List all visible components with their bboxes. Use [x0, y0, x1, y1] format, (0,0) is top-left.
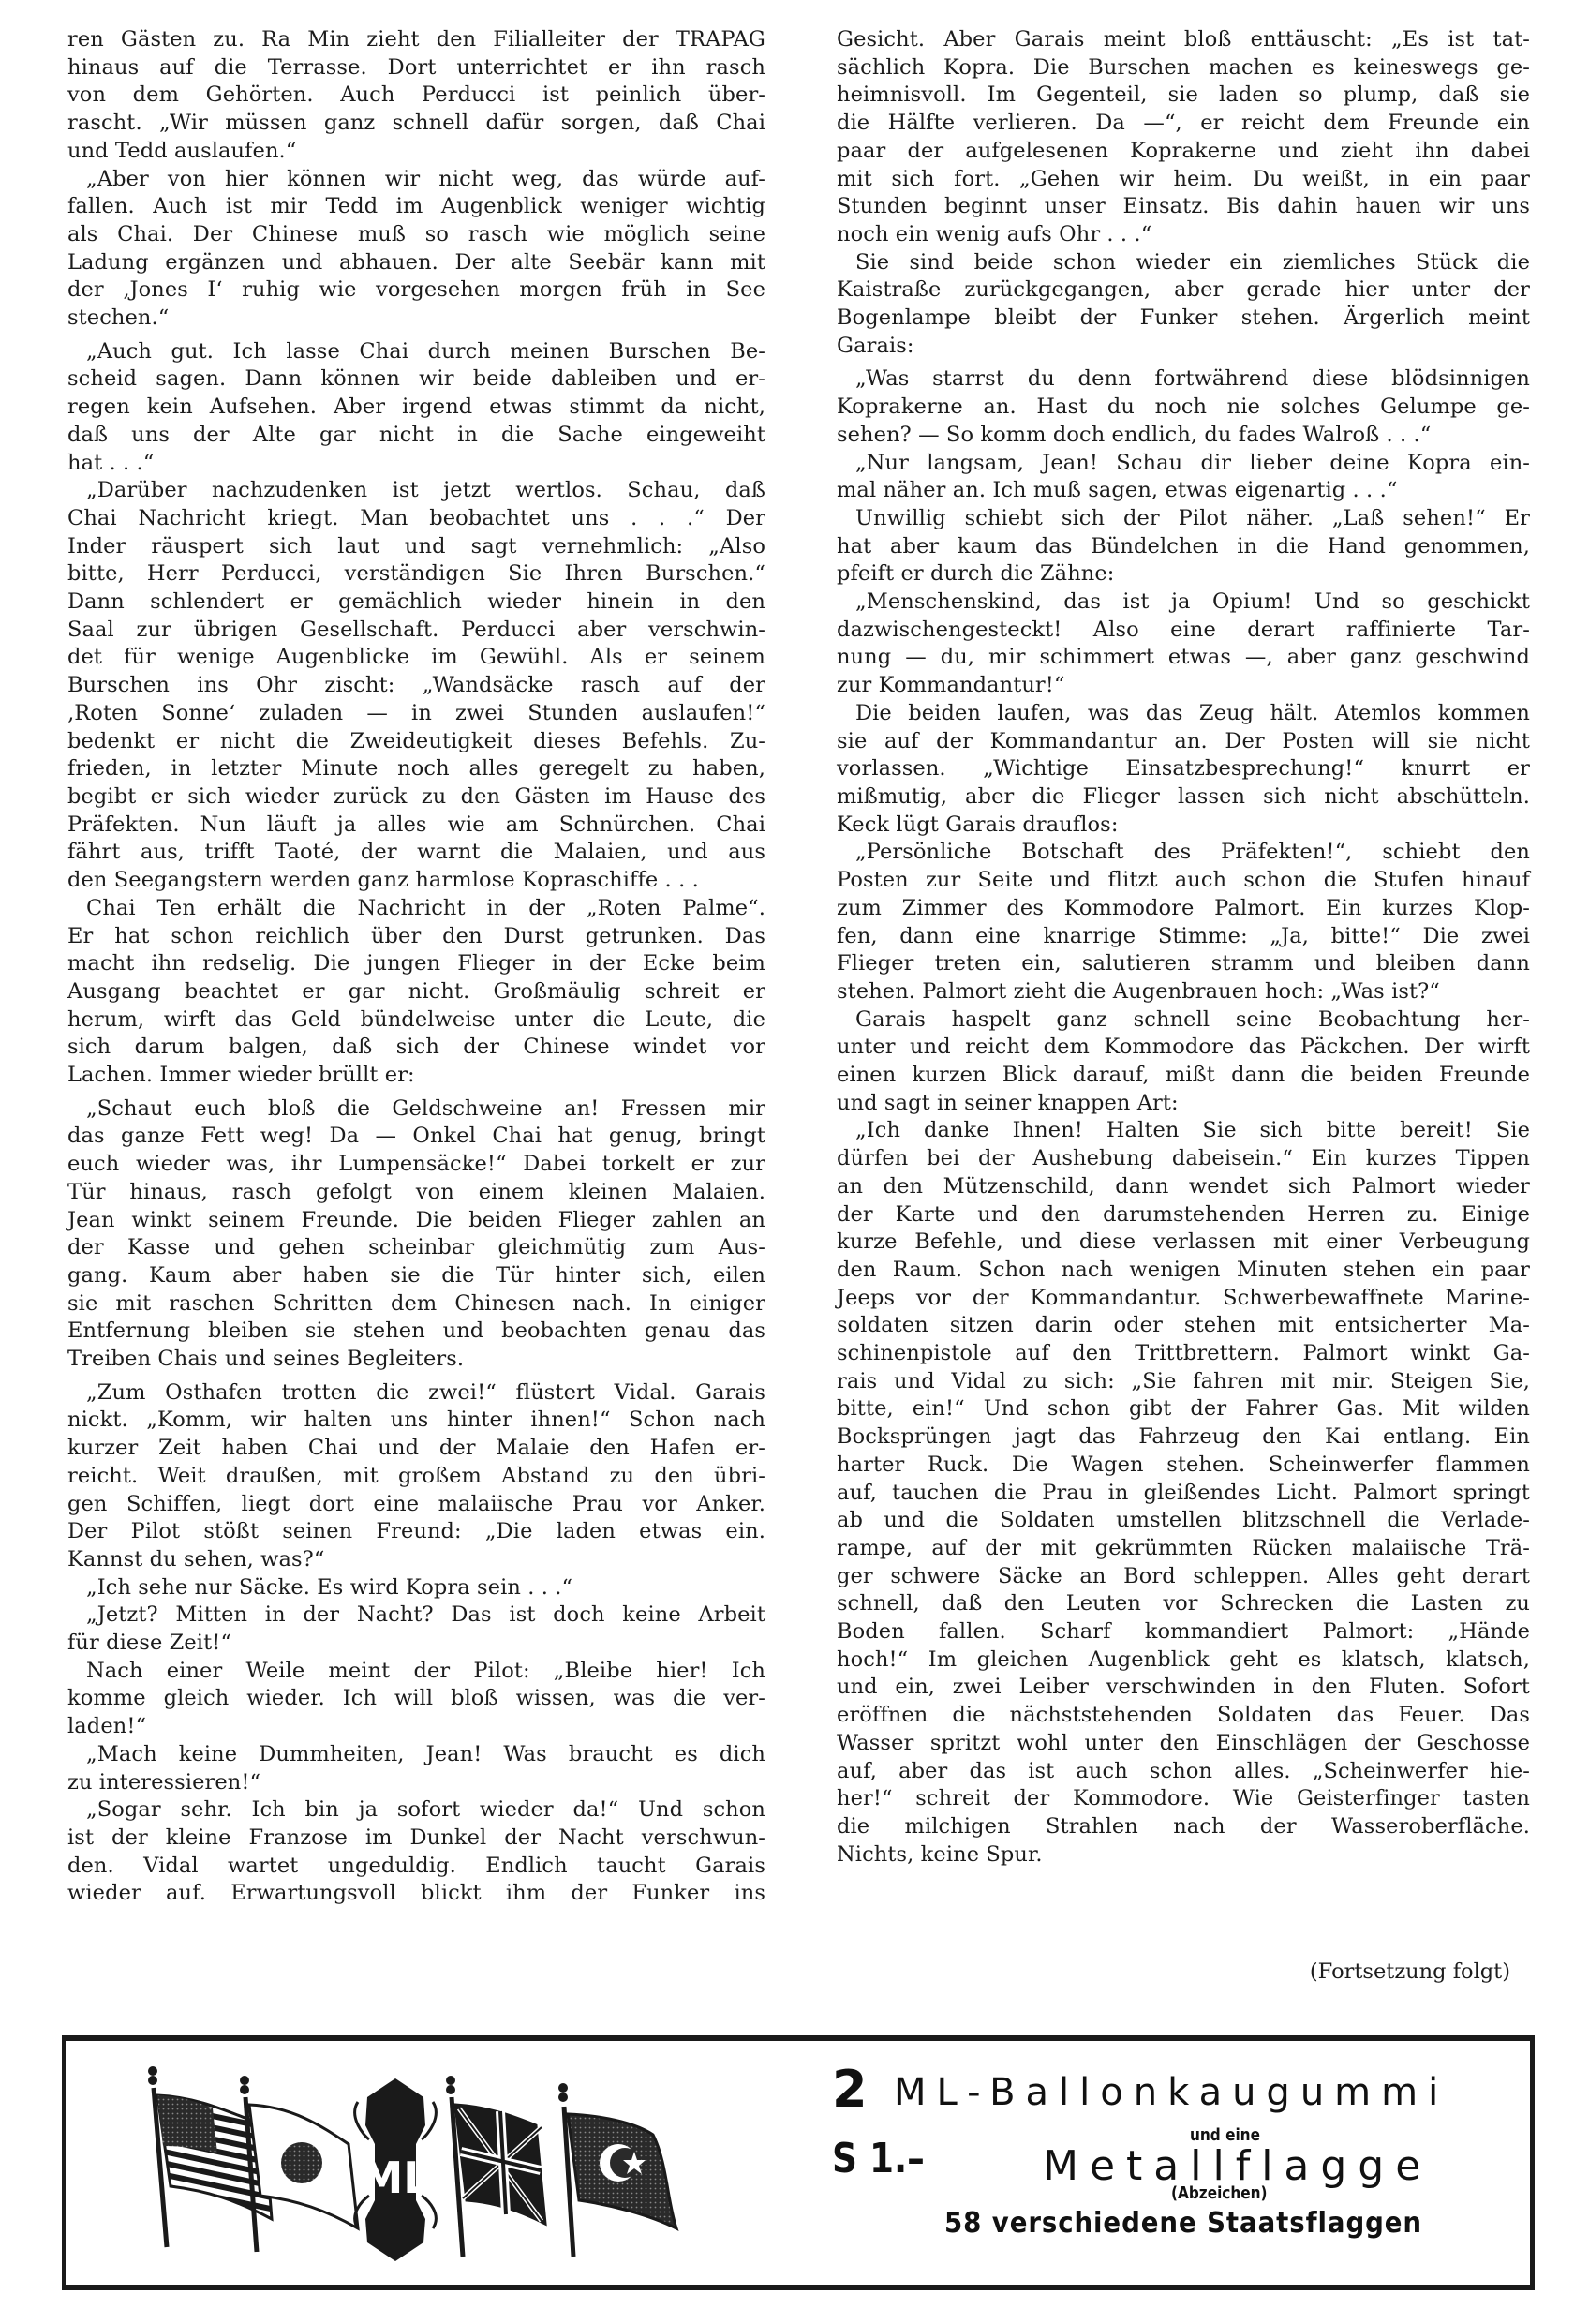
text-line: Lachen. Immer wieder brüllt er: — [67, 1062, 765, 1090]
text-line: mal näher an. Ich muß sagen, etwas eigen… — [837, 477, 1530, 505]
paragraph: „Menschenskind, das ist ja Opium! Und so… — [837, 588, 1530, 700]
text-line: den Raum. Schon nach wenigen Minuten ste… — [837, 1257, 1530, 1285]
text-line: mißmutig, aber die Flieger lassen sich n… — [837, 783, 1530, 812]
text-line: „Menschenskind, das ist ja Opium! Und so… — [837, 588, 1530, 617]
text-line: stehen. Palmort zieht die Augenbrauen ho… — [837, 978, 1530, 1006]
text-line: Bogenlampe bleibt der Funker stehen. Ärg… — [837, 305, 1530, 333]
text-line: Ausgang beachtet er gar nicht. Großmäuli… — [67, 978, 765, 1006]
text-line: sie auf der Kommandantur an. Der Posten … — [837, 728, 1530, 756]
text-line: begibt er sich wieder zurück zu den Gäst… — [67, 783, 765, 812]
text-line: zu interessieren!“ — [67, 1769, 765, 1797]
text-line: Sie sind beide schon wieder ein ziemlich… — [837, 249, 1530, 277]
ad-product-note: (Abzeichen) — [1171, 2183, 1268, 2204]
text-line: fallen. Auch ist mir Tedd im Augenblick … — [67, 193, 765, 221]
paragraph: „Zum Osthafen trotten die zwei!“ flüster… — [67, 1379, 765, 1574]
text-line: bitte, ein!“ Und schon gibt der Fahrer G… — [837, 1395, 1530, 1423]
text-line: Koprakerne an. Hast du noch nie solches … — [837, 394, 1530, 422]
text-line: Ladung ergänzen und abhauen. Der alte Se… — [67, 249, 765, 277]
text-line: eröffnen die nächststehenden Soldaten da… — [837, 1702, 1530, 1730]
text-line: hinaus auf die Terrasse. Dort unterricht… — [67, 54, 765, 82]
text-line: auf, tauchen die Prau in gleißendes Lich… — [837, 1480, 1530, 1508]
paragraph: „Persönliche Botschaft des Präfekten!“, … — [837, 839, 1530, 1006]
paragraph: „Ich danke Ihnen! Halten Sie sich bitte … — [837, 1117, 1530, 1869]
text-line: paar der aufgelesenen Koprakerne und zie… — [837, 138, 1530, 166]
paragraph: Gesicht. Aber Garais meint bloß enttäusc… — [837, 26, 1530, 249]
text-line: an den Mützenschild, dann wendet sich Pa… — [837, 1173, 1530, 1201]
text-line: Burschen ins Ohr zischt: „Wandsäcke rasc… — [67, 672, 765, 700]
text-line: Garais: — [837, 333, 1530, 361]
advertisement-box: ML 2 ML-Ballonkaugumm — [62, 2035, 1535, 2290]
text-line: Präfekten. Nun läuft ja alles wie am Sch… — [67, 812, 765, 840]
text-line: ren Gästen zu. Ra Min zieht den Filialle… — [67, 26, 765, 54]
text-line: Flieger treten ein, salutieren stramm un… — [837, 950, 1530, 978]
text-line: „Jetzt? Mitten in der Nacht? Das ist doc… — [67, 1601, 765, 1630]
text-line: her!“ schreit der Kommodore. Wie Geister… — [837, 1785, 1530, 1813]
ad-quantity: 2 — [832, 2062, 868, 2118]
text-line: pfeift er durch die Zähne: — [837, 560, 1530, 588]
article-column-right: Gesicht. Aber Garais meint bloß enttäusc… — [837, 26, 1530, 1869]
text-line: Chai Nachricht kriegt. Man beobachtet un… — [67, 505, 765, 533]
text-line: Gesicht. Aber Garais meint bloß enttäusc… — [837, 26, 1530, 54]
text-line: „Auch gut. Ich lasse Chai durch meinen B… — [67, 338, 765, 366]
text-line: und ein, zwei Leiber verschwinden in den… — [837, 1674, 1530, 1702]
text-line: Wasser spritzt wohl unter den Einschläge… — [837, 1730, 1530, 1758]
text-line: ab und die Soldaten umstellen blitzschne… — [837, 1507, 1530, 1535]
text-line: mit sich fort. „Gehen wir heim. Du weißt… — [837, 166, 1530, 194]
text-line: kurze Befehle, und diese verlassen mit e… — [837, 1229, 1530, 1257]
text-line: macht ihn redselig. Die jungen Flieger i… — [67, 950, 765, 978]
text-line: Unwillig schiebt sich der Pilot näher. „… — [837, 505, 1530, 533]
text-line: den. Vidal wartet ungeduldig. Endlich ta… — [67, 1853, 765, 1881]
text-line: „Zum Osthafen trotten die zwei!“ flüster… — [67, 1379, 765, 1408]
text-line: dürfen bei der Aushebung dabeisein.“ Ein… — [837, 1145, 1530, 1173]
paragraph: Chai Ten erhält die Nachricht in der „Ro… — [67, 895, 765, 1090]
paragraph: „Auch gut. Ich lasse Chai durch meinen B… — [67, 338, 765, 478]
text-line: schnell, daß den Leuten vor Schrecken di… — [837, 1590, 1530, 1618]
text-line: wieder auf. Erwartungsvoll blickt ihm de… — [67, 1880, 765, 1908]
text-line: Tür hinaus, rasch gefolgt von einem klei… — [67, 1179, 765, 1207]
text-line: als Chai. Der Chinese muß so rasch wie m… — [67, 221, 765, 249]
text-line: herum, wirft das Geld bündelweise unter … — [67, 1006, 765, 1035]
text-line: Chai Ten erhält die Nachricht in der „Ro… — [67, 895, 765, 923]
text-line: Entfernung bleiben sie stehen und beobac… — [67, 1318, 765, 1346]
text-line: komme gleich wieder. Ich will bloß wisse… — [67, 1685, 765, 1713]
text-line: Inder räuspert sich laut und sagt verneh… — [67, 533, 765, 561]
text-line: unter und reicht dem Kommodore das Päckc… — [837, 1034, 1530, 1062]
paragraph: „Jetzt? Mitten in der Nacht? Das ist doc… — [67, 1601, 765, 1657]
text-line: „Sogar sehr. Ich bin ja sofort wieder da… — [67, 1796, 765, 1825]
text-line: gen Schiffen, liegt dort eine malaiische… — [67, 1491, 765, 1519]
text-line: Jeeps vor der Kommandantur. Schwerbewaff… — [837, 1285, 1530, 1313]
text-line: das ganze Fett weg! Da — Onkel Chai hat … — [67, 1123, 765, 1151]
text-line: fen, dann eine knarrige Stimme: „Ja, bit… — [837, 923, 1530, 951]
paragraph: „Sogar sehr. Ich bin ja sofort wieder da… — [67, 1796, 765, 1908]
paragraph: „Ich sehe nur Säcke. Es wird Kopra sein … — [67, 1574, 765, 1602]
text-line: der Karte und den darumstehenden Herren … — [837, 1201, 1530, 1229]
text-line: Kaistraße zurückgegangen, aber gerade hi… — [837, 276, 1530, 305]
text-line: euch wieder was, ihr Lumpensäcke!“ Dabei… — [67, 1151, 765, 1179]
article-column-left: ren Gästen zu. Ra Min zieht den Filialle… — [67, 26, 765, 1908]
ad-product-gum: ML-Ballonkaugummi — [894, 2069, 1448, 2116]
text-line: stechen.“ — [67, 305, 765, 333]
text-line: Er hat schon reichlich über den Durst ge… — [67, 923, 765, 951]
text-line: laden!“ — [67, 1713, 765, 1741]
paragraph: Die beiden laufen, was das Zeug hält. At… — [837, 700, 1530, 840]
text-line: zur Kommandantur!“ — [837, 672, 1530, 700]
text-line: nung — du, mir schimmert etwas —, aber g… — [837, 644, 1530, 672]
text-line: Die beiden laufen, was das Zeug hält. At… — [837, 700, 1530, 728]
text-line: „Mach keine Dummheiten, Jean! Was brauch… — [67, 1741, 765, 1769]
svg-text:ML: ML — [360, 2153, 430, 2203]
text-line: die Hälfte verlieren. Da —“, er reicht d… — [837, 110, 1530, 138]
text-line: Boden fallen. Scharf kommandiert Palmort… — [837, 1618, 1530, 1646]
text-line: Kannst du sehen, was?“ — [67, 1546, 765, 1574]
text-line: „Darüber nachzudenken ist jetzt wertlos.… — [67, 477, 765, 505]
text-line: kurzer Zeit haben Chai und der Malaie de… — [67, 1435, 765, 1463]
text-line: Saal zur übrigen Gesellschaft. Perducci … — [67, 617, 765, 645]
text-line: dazwischengesteckt! Also eine derart raf… — [837, 617, 1530, 645]
text-line: den Seegangstern werden ganz harmlose Ko… — [67, 867, 765, 895]
paragraph: „Mach keine Dummheiten, Jean! Was brauch… — [67, 1741, 765, 1796]
text-line: soldaten sitzen darin oder stehen mit en… — [837, 1312, 1530, 1340]
text-line: ist der kleine Franzose im Dunkel der Na… — [67, 1825, 765, 1853]
text-line: noch ein wenig aufs Ohr . . .“ — [837, 221, 1530, 249]
paragraph: Garais haspelt ganz schnell seine Beobac… — [837, 1006, 1530, 1118]
text-line: bedenkt er nicht die Zweideutigkeit dies… — [67, 728, 765, 756]
text-line: scheid sagen. Dann können wir beide dabl… — [67, 365, 765, 394]
text-line: Nichts, keine Spur. — [837, 1841, 1530, 1870]
text-line: Dann schlendert er gemächlich wieder hin… — [67, 588, 765, 617]
text-line: Garais haspelt ganz schnell seine Beobac… — [837, 1006, 1530, 1035]
text-line: „Schaut euch bloß die Geldschweine an! F… — [67, 1095, 765, 1124]
text-line: Keck lügt Garais drauflos: — [837, 812, 1530, 840]
text-line: sich darum balgen, daß sich der Chinese … — [67, 1034, 765, 1062]
text-line: zum Zimmer des Kommodore Palmort. Ein ku… — [837, 895, 1530, 923]
text-line: rampe, auf der mit gekrümmten Rücken mal… — [837, 1535, 1530, 1563]
text-line: det für wenige Augenblicke im Gewühl. Al… — [67, 644, 765, 672]
ml-logo-shield-icon: ML — [355, 2078, 437, 2261]
text-line: gang. Kaum aber haben sie die Tür hinter… — [67, 1262, 765, 1290]
flags-illustration: ML — [124, 2060, 761, 2266]
text-line: fährt aus, trifft Taoté, der warnt die M… — [67, 839, 765, 867]
text-line: hoch!“ Im gleichen Augenblick geht es kl… — [837, 1646, 1530, 1675]
text-line: rascht. „Wir müssen ganz schnell dafür s… — [67, 110, 765, 138]
text-line: hat aber kaum das Bündelchen in die Hand… — [837, 533, 1530, 561]
text-line: reicht. Weit draußen, mit großem Abstand… — [67, 1463, 765, 1491]
text-line: sie mit raschen Schritten dem Chinesen n… — [67, 1290, 765, 1318]
text-line: sehen? — So komm doch endlich, du fades … — [837, 422, 1530, 450]
text-line: Der Pilot stößt seinen Freund: „Die lade… — [67, 1518, 765, 1546]
text-line: „Ich danke Ihnen! Halten Sie sich bitte … — [837, 1117, 1530, 1145]
text-line: auf, aber das ist auch schon alles. „Sch… — [837, 1758, 1530, 1786]
paragraph: Unwillig schiebt sich der Pilot näher. „… — [837, 505, 1530, 588]
text-line: der ‚Jones I‘ ruhig wie vorgesehen morge… — [67, 276, 765, 305]
text-line: die milchigen Strahlen nach der Wasserob… — [837, 1813, 1530, 1841]
text-line: sächlich Kopra. Die Burschen machen es k… — [837, 54, 1530, 82]
text-line: bitte, Herr Perducci, verständigen Sie I… — [67, 560, 765, 588]
japan-flag-icon — [240, 2076, 358, 2252]
text-line: ‚Roten Sonne‘ zuladen — in zwei Stunden … — [67, 700, 765, 728]
text-line: Nach einer Weile meint der Pilot: „Bleib… — [67, 1658, 765, 1686]
text-line: harter Ruck. Die Wagen stehen. Scheinwer… — [837, 1452, 1530, 1480]
paragraph: „Darüber nachzudenken ist jetzt wertlos.… — [67, 477, 765, 895]
text-line: Treiben Chais und seines Begleiters. — [67, 1346, 765, 1374]
uk-flag-icon — [446, 2076, 545, 2257]
text-line: Stunden beginnt unser Einsatz. Bis dahin… — [837, 193, 1530, 221]
text-line: hat . . .“ — [67, 450, 765, 478]
text-line: und Tedd auslaufen.“ — [67, 138, 765, 166]
text-line: heimnisvoll. Im Gegenteil, sie laden so … — [837, 82, 1530, 110]
text-line: regen kein Aufsehen. Aber irgend etwas s… — [67, 394, 765, 422]
text-line: Bocksprüngen jagt das Fahrzeug den Kai e… — [837, 1423, 1530, 1452]
paragraph: Nach einer Weile meint der Pilot: „Bleib… — [67, 1658, 765, 1741]
paragraph: „Aber von hier können wir nicht weg, das… — [67, 166, 765, 333]
text-line: nickt. „Komm, wir halten uns hinter ihne… — [67, 1407, 765, 1435]
text-line: schinenpistole auf den Trittbrettern. Pa… — [837, 1340, 1530, 1368]
text-line: für diese Zeit!“ — [67, 1630, 765, 1658]
text-line: von dem Gehörten. Auch Perducci ist pein… — [67, 82, 765, 110]
text-line: „Persönliche Botschaft des Präfekten!“, … — [837, 839, 1530, 867]
text-line: „Nur langsam, Jean! Schau dir lieber dei… — [837, 450, 1530, 478]
paragraph: Sie sind beide schon wieder ein ziemlich… — [837, 249, 1530, 361]
text-line: daß uns der Alte gar nicht in die Sache … — [67, 422, 765, 450]
paragraph: „Was starrst du denn fortwährend diese b… — [837, 365, 1530, 449]
text-line: ger schwere Säcke an Bord schleppen. All… — [837, 1563, 1530, 1591]
text-line: „Ich sehe nur Säcke. Es wird Kopra sein … — [67, 1574, 765, 1602]
paragraph: „Schaut euch bloß die Geldschweine an! F… — [67, 1095, 765, 1374]
text-line: rais und Vidal zu sich: „Sie fahren mit … — [837, 1368, 1530, 1396]
text-line: frieden, in letzter Minute noch alles ge… — [67, 755, 765, 783]
text-line: „Aber von hier können wir nicht weg, das… — [67, 166, 765, 194]
paragraph: „Nur langsam, Jean! Schau dir lieber dei… — [837, 450, 1530, 505]
text-line: einen kurzen Blick darauf, mißt dann die… — [837, 1062, 1530, 1090]
text-line: vorlassen. „Wichtige Einsatzbesprechung!… — [837, 755, 1530, 783]
text-line: und sagt in seiner knappen Art: — [837, 1090, 1530, 1118]
continuation-note: (Fortsetzung folgt) — [1285, 1959, 1510, 1987]
text-line: Jean winkt seinem Freunde. Die beiden Fl… — [67, 1207, 765, 1235]
text-line: der Kasse und gehen scheinbar gleichmüti… — [67, 1234, 765, 1262]
text-line: „Was starrst du denn fortwährend diese b… — [837, 365, 1530, 394]
turkey-flag-icon — [558, 2083, 676, 2257]
paragraph: ren Gästen zu. Ra Min zieht den Filialle… — [67, 26, 765, 166]
ad-variety: 58 verschiedene Staatsflaggen — [944, 2206, 1422, 2242]
ad-price: S 1.– — [832, 2135, 925, 2183]
text-line: Posten zur Seite und flitzt auch schon d… — [837, 867, 1530, 895]
